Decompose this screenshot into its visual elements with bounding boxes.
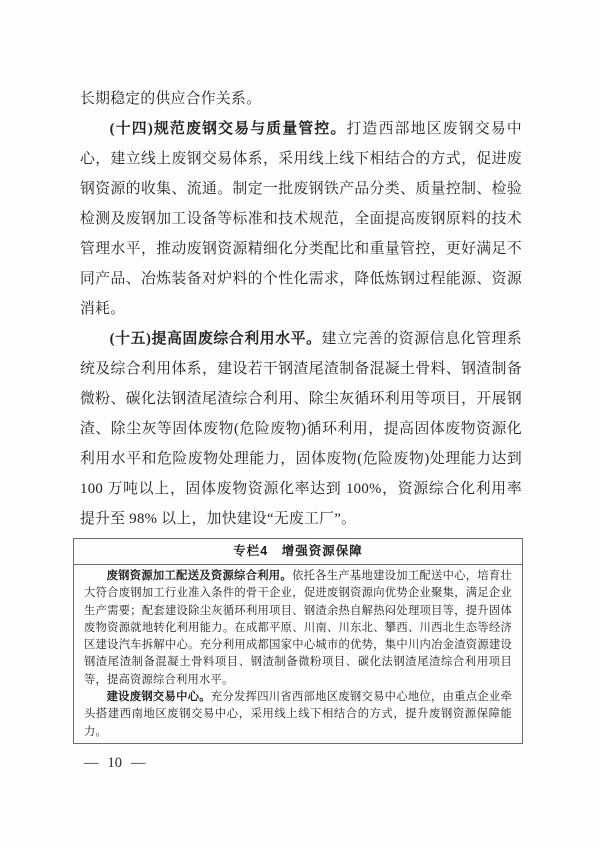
footer-left-dash: — (84, 755, 99, 771)
callout-paragraph-2: 建设废钢交易中心。充分发挥四川省西部地区废钢交易中心地位，由重点企业牵头搭建西南… (84, 689, 512, 741)
paragraph-text: 建立完善的资源信息化管理系统及综合利用体系，建设若干钢渣尾渣制备混凝土骨料、钢渣… (80, 331, 522, 527)
paragraph-text: 打造西部地区废钢交易中心，建立线上废钢交易体系，采用线上线下相结合的方式，促进废… (80, 121, 522, 317)
document-page: 长期稳定的供应合作关系。 (十四)规范废钢交易与质量管控。打造西部地区废钢交易中… (0, 0, 600, 848)
page-footer: —10— (84, 755, 146, 772)
callout-title: 专栏4 增强资源保障 (74, 539, 522, 565)
section-15-heading: (十五)提高固废综合利用水平。 (110, 331, 322, 347)
callout-paragraph-1-lead: 废钢资源加工配送及资源综合利用。 (107, 570, 292, 582)
document-body: 长期稳定的供应合作关系。 (十四)规范废钢交易与质量管控。打造西部地区废钢交易中… (80, 84, 522, 534)
callout-paragraph-1-text: 依托各生产基地建设加工配送中心，培育壮大符合废钢加工行业准入条件的骨干企业，促进… (84, 570, 512, 686)
callout-paragraph-2-lead: 建设废钢交易中心。 (107, 691, 211, 703)
footer-right-dash: — (131, 755, 146, 771)
callout-box: 专栏4 增强资源保障 废钢资源加工配送及资源综合利用。依托各生产基地建设加工配送… (73, 538, 523, 744)
paragraph-continuation: 长期稳定的供应合作关系。 (80, 84, 522, 114)
callout-body: 废钢资源加工配送及资源综合利用。依托各生产基地建设加工配送中心，培育壮大符合废钢… (74, 565, 522, 745)
paragraph-text: 长期稳定的供应合作关系。 (80, 91, 261, 107)
section-14-heading: (十四)规范废钢交易与质量管控。 (110, 121, 347, 137)
callout-paragraph-1: 废钢资源加工配送及资源综合利用。依托各生产基地建设加工配送中心，培育壮大符合废钢… (84, 568, 512, 689)
page-number: 10 (108, 755, 123, 771)
paragraph-section-15: (十五)提高固废综合利用水平。建立完善的资源信息化管理系统及综合利用体系，建设若… (80, 324, 522, 534)
paragraph-section-14: (十四)规范废钢交易与质量管控。打造西部地区废钢交易中心，建立线上废钢交易体系，… (80, 114, 522, 324)
